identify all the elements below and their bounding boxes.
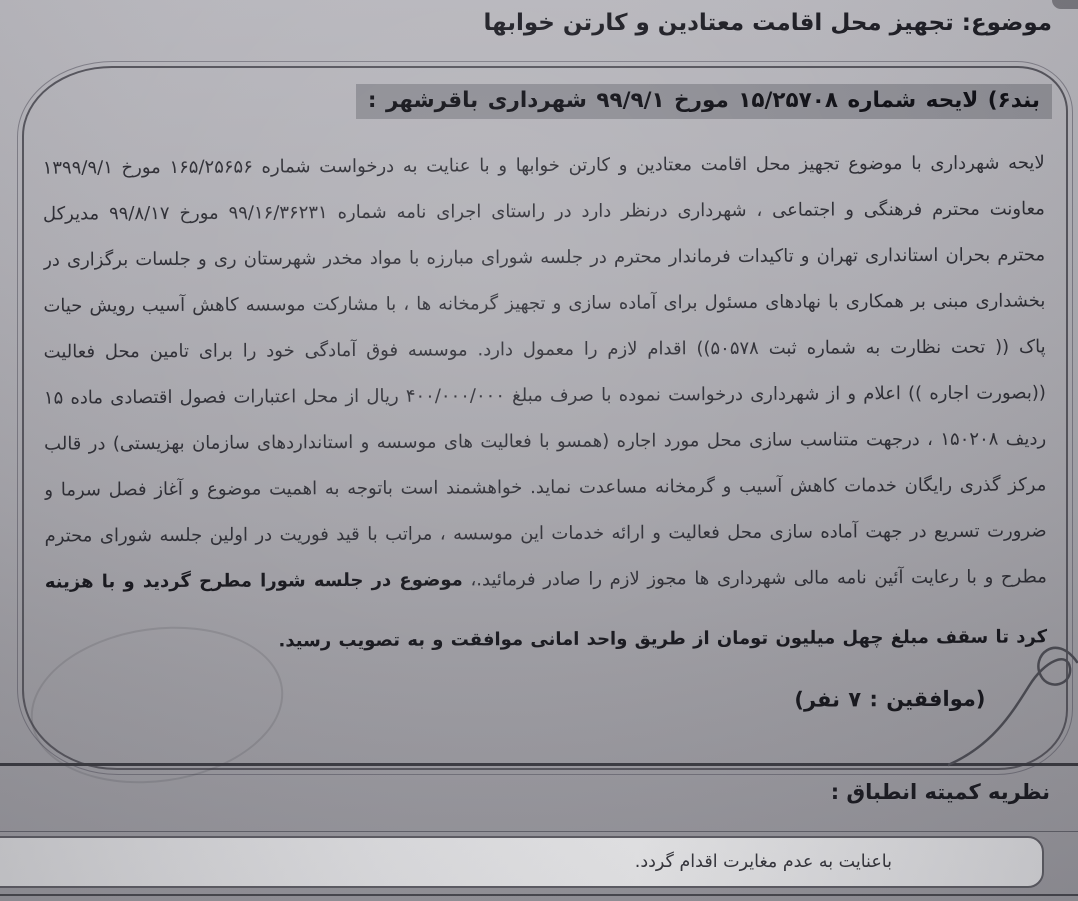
body-line-closing: مطرح و با رعایت آئین نامه مالی شهرداری ه…: [45, 554, 1047, 605]
body-line: محترم بحران استانداری تهران و تاکیدات فر…: [43, 232, 1045, 283]
document-subject-title: موضوع: تجهیز محل اقامت معتادین و کارتن خ…: [484, 10, 1052, 36]
body-line: لایحه شهرداری با موضوع تجهیز محل اقامت م…: [43, 140, 1045, 191]
body-line: معاونت محترم فرهنگی و اجتماعی ، شهرداری …: [43, 186, 1045, 237]
body-line: ردیف ۱۵۰۲۰۸ ، درجهت متناسب سازی محل مورد…: [44, 416, 1046, 467]
body-line: ((بصورت اجاره )) اعلام و از شهرداری درخو…: [44, 370, 1046, 421]
committee-opinion-text: باعنایت به عدم مغایرت اقدام گردد.: [635, 838, 892, 886]
bottom-rule-line: [0, 894, 1078, 896]
resolution-body: لایحه شهرداری با موضوع تجهیز محل اقامت م…: [22, 116, 1067, 715]
clause-header-highlight: بند۶) لایحه شماره ۱۵/۲۵۷۰۸ مورخ ۹۹/۹/۱ ش…: [356, 84, 1052, 119]
thin-rule-line: [0, 831, 1078, 832]
body-line: پاک (( تحت نظارت به شماره ثبت ۵۰۵۷۸)) اق…: [44, 324, 1046, 375]
scan-edge-mark: [1052, 0, 1078, 9]
section-divider-line: [0, 763, 1078, 766]
closing-bold-text: موضوع در جلسه شورا مطرح گردید و با هزینه: [45, 569, 463, 592]
resolution-approval-line: کرد تا سقف مبلغ چهل میلیون تومان از طریق…: [45, 614, 1047, 665]
scanned-council-document: موضوع: تجهیز محل اقامت معتادین و کارتن خ…: [0, 0, 1078, 901]
body-line: بخشداری مبنی بر همکاری با نهادهای مسئول …: [43, 278, 1045, 329]
clause-header-row: بند۶) لایحه شماره ۱۵/۲۵۷۰۸ مورخ ۹۹/۹/۱ ش…: [24, 68, 1066, 119]
body-line: مرکز گذری رایگان خدمات کاهش آسیب و گرمخا…: [44, 462, 1046, 513]
body-line: ضرورت تسریع در جهت آماده سازی محل فعالیت…: [45, 508, 1047, 559]
closing-regular-text: مطرح و با رعایت آئین نامه مالی شهرداری ه…: [463, 566, 1047, 590]
compliance-committee-heading: نظریه کمیته انطباق :: [831, 780, 1050, 804]
committee-opinion-box: باعنایت به عدم مغایرت اقدام گردد.: [0, 836, 1044, 888]
votes-count-line: (موافقین : ۷ نفر): [45, 686, 1047, 715]
resolution-clause-box: بند۶) لایحه شماره ۱۵/۲۵۷۰۸ مورخ ۹۹/۹/۱ ش…: [22, 66, 1068, 770]
pen-curl-decoration: [948, 618, 1078, 770]
